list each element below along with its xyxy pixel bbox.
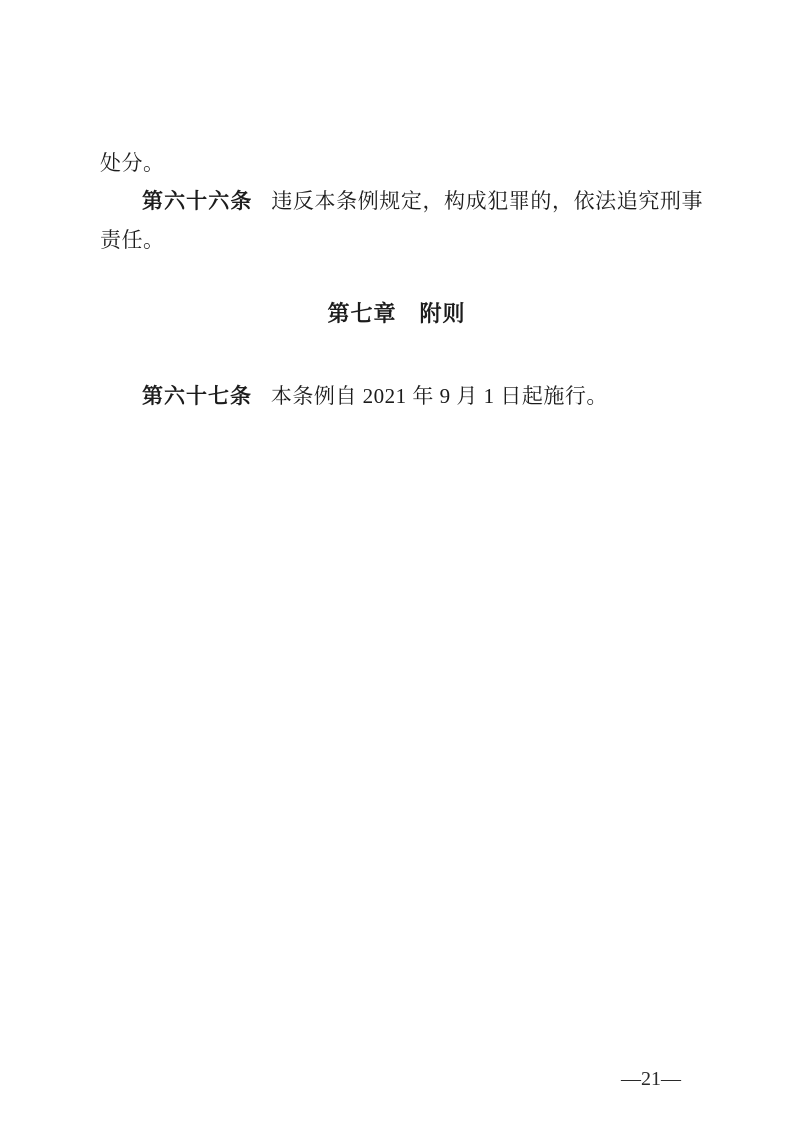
page-number: —21— [621, 1066, 681, 1092]
article-67-paragraph: 第六十七条本条例自 2021 年 9 月 1 日起施行。 [100, 377, 703, 416]
document-page: 处分。 第六十六条违反本条例规定，构成犯罪的，依法追究刑事责任。 第七章 附则 … [0, 0, 793, 1122]
article-67-label: 第六十七条 [142, 385, 252, 408]
paragraph-continuation: 处分。 [100, 144, 703, 182]
article-67-text: 本条例自 2021 年 9 月 1 日起施行。 [271, 384, 608, 408]
article-66-paragraph: 第六十六条违反本条例规定，构成犯罪的，依法追究刑事责任。 [100, 182, 703, 259]
body-text-block: 处分。 第六十六条违反本条例规定，构成犯罪的，依法追究刑事责任。 [100, 144, 703, 259]
article-66-label: 第六十六条 [142, 190, 252, 213]
chapter-7-heading: 第七章 附则 [0, 295, 793, 333]
